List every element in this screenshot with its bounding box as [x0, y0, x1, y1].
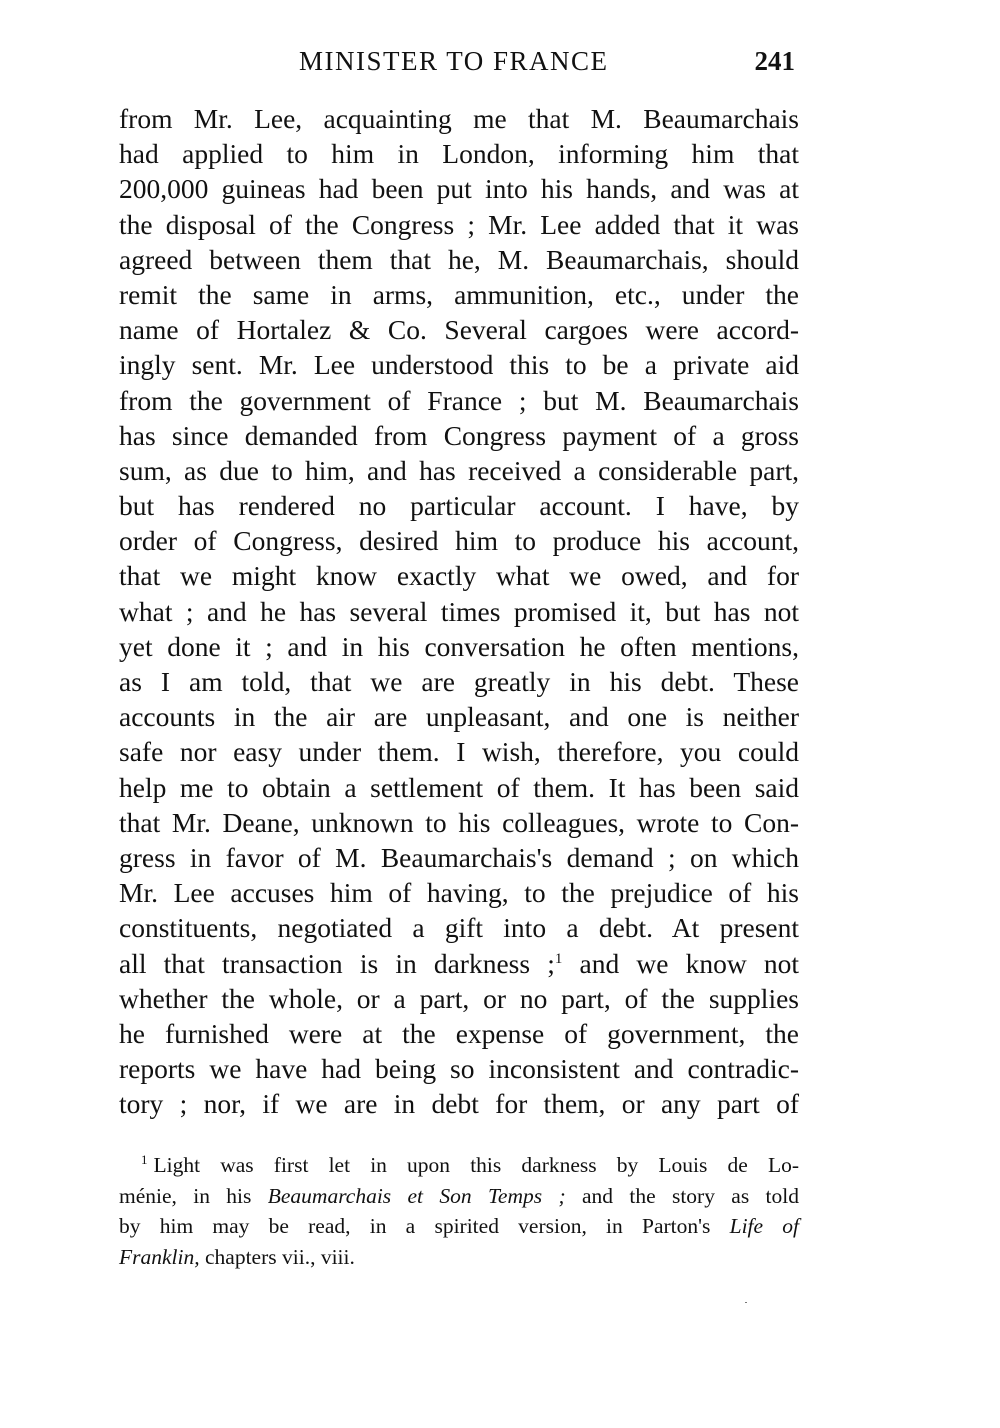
text-line: yet done it ; and in his conversation he…: [119, 629, 799, 664]
text-line: reports we have had being so inconsisten…: [119, 1051, 799, 1086]
text-line: he furnished were at the expense of gove…: [119, 1016, 799, 1051]
book-title-italic: Beaumarchais et Son Temps ;: [268, 1184, 566, 1208]
text-line: accounts in the air are unpleasant, and …: [119, 699, 799, 734]
text-line: safe nor easy under them. I wish, theref…: [119, 734, 799, 769]
text-line: ingly sent. Mr. Lee understood this to b…: [119, 347, 799, 382]
book-title-italic: Life of: [730, 1214, 799, 1238]
text-line-with-footnote-ref: all that transaction is in darkness ;1 a…: [119, 946, 799, 981]
text-line: from the government of France ; but M. B…: [119, 383, 799, 418]
text-line: but has rendered no particular account. …: [119, 488, 799, 523]
body-text: from Mr. Lee, acquainting me that M. Bea…: [119, 101, 799, 1121]
text-line: agreed between them that he, M. Beaumarc…: [119, 242, 799, 277]
footnote-text: and the story as told: [566, 1184, 799, 1208]
text-fragment: and we know not: [562, 948, 799, 979]
text-line: remit the same in arms, ammunition, etc.…: [119, 277, 799, 312]
footnote-text: chapters vii., viii.: [200, 1245, 355, 1269]
text-line: help me to obtain a settlement of them. …: [119, 770, 799, 805]
running-title: MINISTER TO FRANCE: [299, 46, 609, 77]
text-line: constituents, negotiated a gift into a d…: [119, 910, 799, 945]
text-line: that Mr. Deane, unknown to his colleague…: [119, 805, 799, 840]
footnote-line: Franklin, chapters vii., viii.: [119, 1242, 799, 1273]
text-line: Mr. Lee accuses him of having, to the pr…: [119, 875, 799, 910]
footnote-text: Light was first let in upon this darknes…: [154, 1153, 800, 1177]
text-line: sum, as due to him, and has received a c…: [119, 453, 799, 488]
text-line: 200,000 guineas had been put into his ha…: [119, 171, 799, 206]
page-number: 241: [755, 46, 796, 77]
footnote-text: by him may be read, in a spirited versio…: [119, 1214, 730, 1238]
footnote: 1Light was first let in upon this darkne…: [119, 1150, 799, 1272]
footnote-line: 1Light was first let in upon this darkne…: [119, 1150, 799, 1181]
text-fragment: all that transaction is in darkness ;: [119, 948, 555, 979]
running-head: MINISTER TO FRANCE 241: [119, 46, 799, 86]
text-line: has since demanded from Congress payment…: [119, 418, 799, 453]
footnote-text: ménie, in his: [119, 1184, 268, 1208]
book-title-italic: Franklin,: [119, 1245, 200, 1269]
text-line: name of Hortalez & Co. Several cargoes w…: [119, 312, 799, 347]
text-line: had applied to him in London, informing …: [119, 136, 799, 171]
footnote-line: ménie, in his Beaumarchais et Son Temps …: [119, 1181, 799, 1212]
text-line: what ; and he has several times promised…: [119, 594, 799, 629]
scan-speck: [745, 1302, 747, 1303]
footnote-line: by him may be read, in a spirited versio…: [119, 1211, 799, 1242]
text-line: order of Congress, desired him to produc…: [119, 523, 799, 558]
text-line: gress in favor of M. Beaumarchais's dema…: [119, 840, 799, 875]
text-line: tory ; nor, if we are in debt for them, …: [119, 1086, 799, 1121]
text-line: as I am told, that we are greatly in his…: [119, 664, 799, 699]
text-line: from Mr. Lee, acquainting me that M. Bea…: [119, 101, 799, 136]
footnote-marker: 1: [141, 1152, 148, 1167]
text-line: that we might know exactly what we owed,…: [119, 558, 799, 593]
text-line: the disposal of the Congress ; Mr. Lee a…: [119, 207, 799, 242]
text-line: whether the whole, or a part, or no part…: [119, 981, 799, 1016]
